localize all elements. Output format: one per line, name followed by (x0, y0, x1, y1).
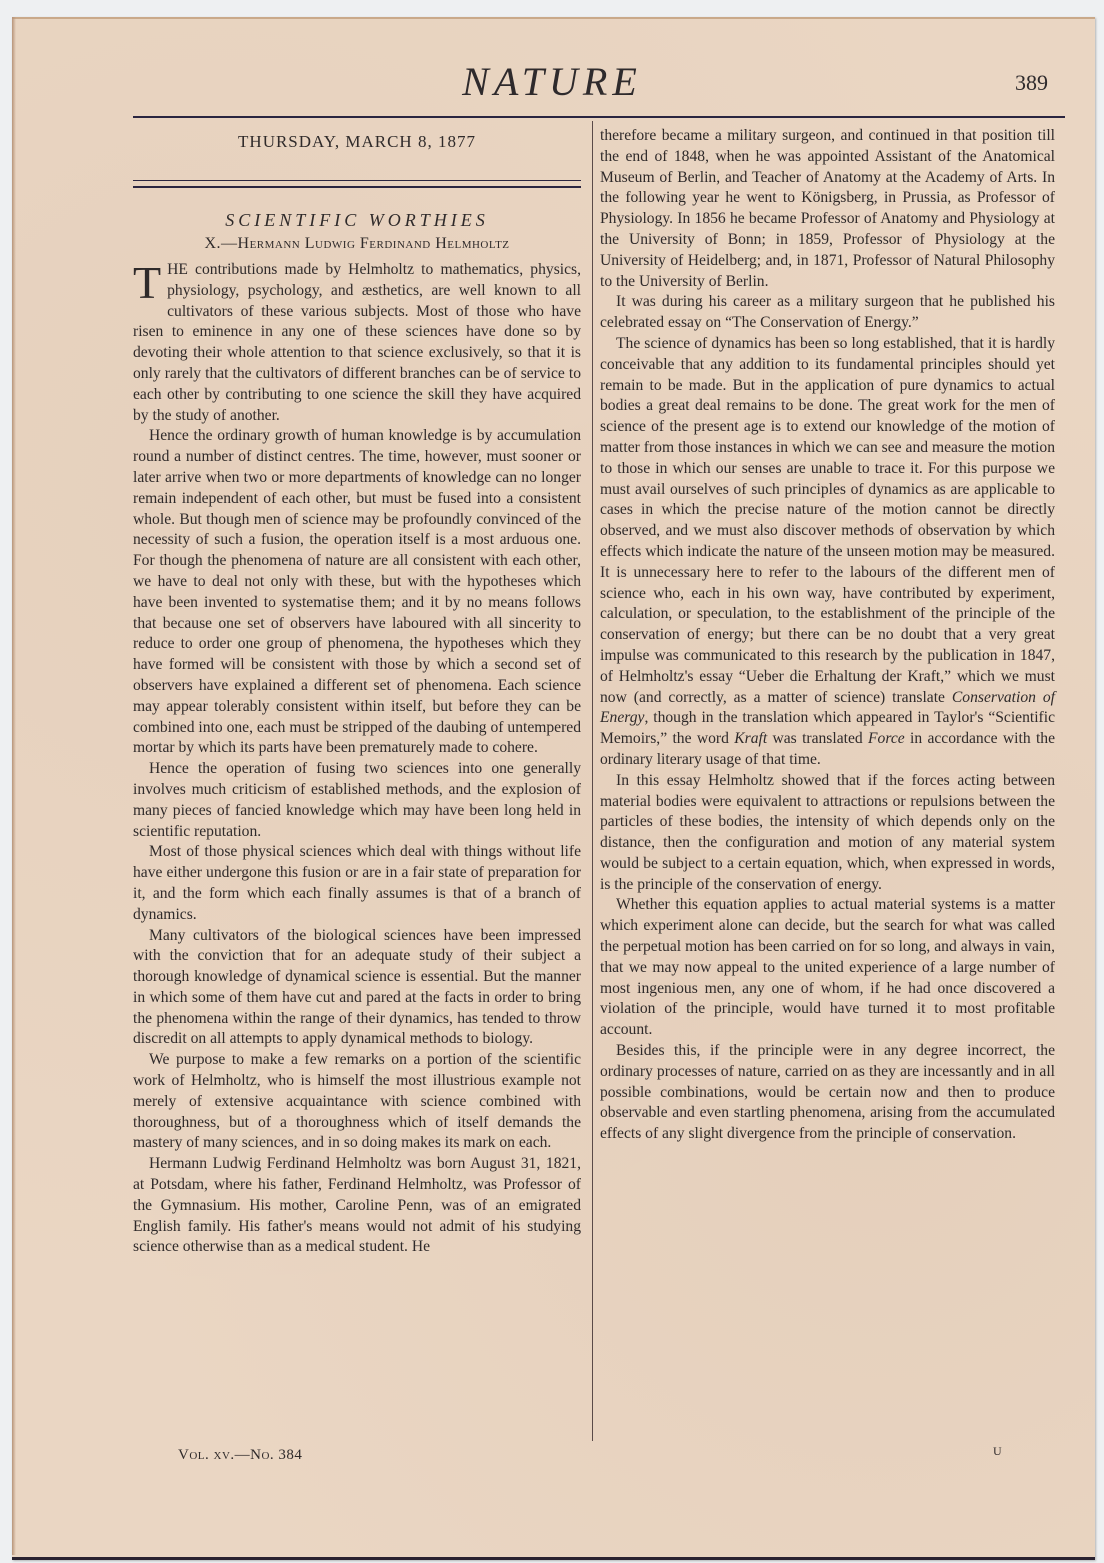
paragraph: THE contributions made by Helmholtz to m… (133, 260, 581, 426)
masthead: NATURE 389 (0, 58, 1104, 108)
italic-term: Force (868, 730, 905, 747)
page-edge (12, 17, 16, 1555)
volume-number: Vol. xv.—No. 384 (178, 1447, 302, 1464)
paragraph: Many cultivators of the biological scien… (133, 926, 581, 1051)
printer-signature: U (993, 1444, 1002, 1459)
italic-term: Kraft (734, 730, 767, 747)
page-number: 389 (1015, 70, 1048, 96)
article-subtitle: X.—Hermann Ludwig Ferdinand Helmholtz (133, 234, 581, 256)
left-column: THURSDAY, MARCH 8, 1877 SCIENTIFIC WORTH… (133, 120, 581, 1258)
section-title: SCIENTIFIC WORTHIES (133, 210, 581, 234)
column-divider (592, 121, 593, 1441)
dateline: THURSDAY, MARCH 8, 1877 (133, 132, 581, 156)
paragraph: In this essay Helmholtz showed that if t… (600, 771, 1055, 896)
paragraph: Hence the operation of fusing two scienc… (133, 759, 581, 842)
drop-cap: T (133, 262, 161, 302)
paragraph: It was during his career as a military s… (600, 292, 1055, 334)
paragraph: Whether this equation applies to actual … (600, 895, 1055, 1041)
paragraph: Most of those physical sciences which de… (133, 842, 581, 925)
paragraph: Besides this, if the principle were in a… (600, 1041, 1055, 1145)
paragraph: therefore became a military surgeon, and… (600, 126, 1055, 292)
header-rule (133, 116, 1065, 118)
paragraph: Hermann Ludwig Ferdinand Helmholtz was b… (133, 1154, 581, 1258)
paragraph: We purpose to make a few remarks on a po… (133, 1050, 581, 1154)
paragraph: The science of dynamics has been so long… (600, 334, 1055, 771)
section-rule (133, 180, 581, 188)
paragraph: Hence the ordinary growth of human knowl… (133, 426, 581, 759)
journal-title: NATURE (0, 58, 1104, 105)
right-column: therefore became a military surgeon, and… (600, 126, 1055, 1145)
